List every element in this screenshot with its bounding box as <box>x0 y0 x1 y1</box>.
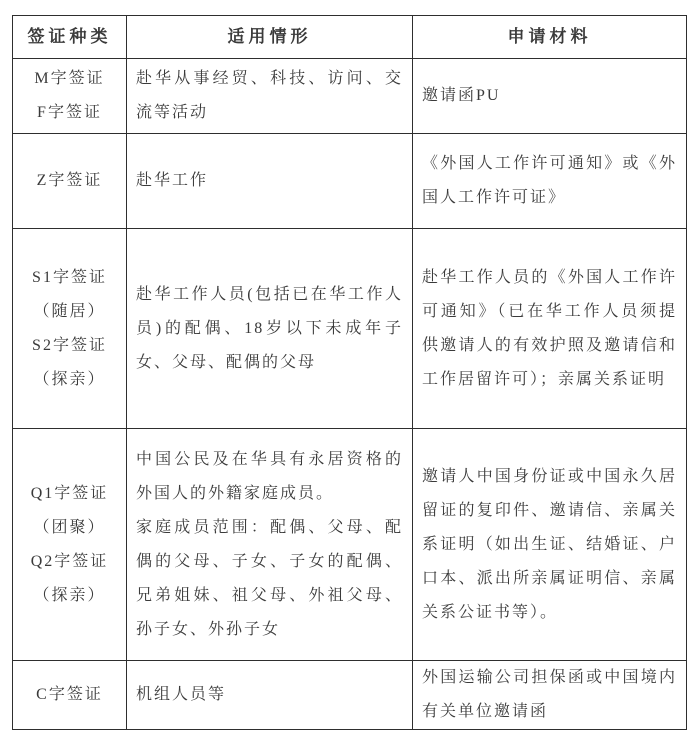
materials-text: 赴华工作人员的《外国人工作许可通知》（已在华工作人员须提供邀请人的有效护照及邀请… <box>422 261 677 397</box>
header-cell-situation: 适用情形 <box>127 16 413 59</box>
situation-text: 家庭成员范围：配偶、父母、配偶的父母、子女、子女的配偶、兄弟姐妹、祖父母、外祖父… <box>136 511 403 647</box>
situation-cell: 赴华工作人员(包括已在华工作人员)的配偶、18岁以下未成年子女、父母、配偶的父母 <box>127 229 413 429</box>
visa-type-cell: M字签证 F字签证 <box>13 59 127 134</box>
materials-text: 外国运输公司担保函或中国境内有关单位邀请函 <box>422 661 677 729</box>
visa-type-line: （团聚） <box>15 511 124 545</box>
visa-type-line: S1字签证 <box>15 261 124 295</box>
visa-type-cell: Z字签证 <box>13 134 127 229</box>
header-cell-visa-type: 签证种类 <box>13 16 127 59</box>
visa-type-cell: C字签证 <box>13 661 127 730</box>
visa-type-line: Q1字签证 <box>15 477 124 511</box>
materials-cell: 赴华工作人员的《外国人工作许可通知》（已在华工作人员须提供邀请人的有效护照及邀请… <box>413 229 687 429</box>
situation-text: 赴华工作人员(包括已在华工作人员)的配偶、18岁以下未成年子女、父母、配偶的父母 <box>136 278 403 380</box>
situation-cell: 赴华从事经贸、科技、访问、交流等活动 <box>127 59 413 134</box>
visa-type-cell: Q1字签证 （团聚） Q2字签证 （探亲） <box>13 429 127 661</box>
visa-type-line: Q2字签证 <box>15 545 124 579</box>
visa-table: 签证种类 适用情形 申请材料 M字签证 F字签证 赴华从事经贸、科技、访问、交流… <box>12 15 687 730</box>
visa-type-line: F字签证 <box>15 96 124 130</box>
situation-text: 机组人员等 <box>136 678 403 712</box>
situation-cell: 赴华工作 <box>127 134 413 229</box>
materials-text: 邀请人中国身份证或中国永久居留证的复印件、邀请信、亲属关系证明（如出生证、结婚证… <box>422 460 677 630</box>
visa-table-container: 签证种类 适用情形 申请材料 M字签证 F字签证 赴华从事经贸、科技、访问、交流… <box>12 15 687 730</box>
table-row-z: Z字签证 赴华工作 《外国人工作许可通知》或《外国人工作许可证》 <box>13 134 687 229</box>
visa-type-line: Z字签证 <box>15 164 124 198</box>
visa-type-line: M字签证 <box>15 62 124 96</box>
table-row-s: S1字签证 （随居） S2字签证 （探亲） 赴华工作人员(包括已在华工作人员)的… <box>13 229 687 429</box>
materials-text: 邀请函PU <box>422 79 677 113</box>
table-header-row: 签证种类 适用情形 申请材料 <box>13 16 687 59</box>
materials-cell: 邀请函PU <box>413 59 687 134</box>
table-row-mf: M字签证 F字签证 赴华从事经贸、科技、访问、交流等活动 邀请函PU <box>13 59 687 134</box>
visa-type-line: （探亲） <box>15 363 124 397</box>
visa-type-line: S2字签证 <box>15 329 124 363</box>
situation-text: 赴华工作 <box>136 164 403 198</box>
header-cell-materials: 申请材料 <box>413 16 687 59</box>
table-row-c: C字签证 机组人员等 外国运输公司担保函或中国境内有关单位邀请函 <box>13 661 687 730</box>
materials-cell: 《外国人工作许可通知》或《外国人工作许可证》 <box>413 134 687 229</box>
situation-text: 中国公民及在华具有永居资格的外国人的外籍家庭成员。 <box>136 443 403 511</box>
visa-type-line: （随居） <box>15 295 124 329</box>
situation-cell: 中国公民及在华具有永居资格的外国人的外籍家庭成员。 家庭成员范围：配偶、父母、配… <box>127 429 413 661</box>
materials-cell: 外国运输公司担保函或中国境内有关单位邀请函 <box>413 661 687 730</box>
materials-text: 《外国人工作许可通知》或《外国人工作许可证》 <box>422 147 677 215</box>
situation-cell: 机组人员等 <box>127 661 413 730</box>
situation-text: 赴华从事经贸、科技、访问、交流等活动 <box>136 62 403 130</box>
visa-type-line: （探亲） <box>15 579 124 613</box>
table-row-q: Q1字签证 （团聚） Q2字签证 （探亲） 中国公民及在华具有永居资格的外国人的… <box>13 429 687 661</box>
visa-type-line: C字签证 <box>15 678 124 712</box>
materials-cell: 邀请人中国身份证或中国永久居留证的复印件、邀请信、亲属关系证明（如出生证、结婚证… <box>413 429 687 661</box>
visa-type-cell: S1字签证 （随居） S2字签证 （探亲） <box>13 229 127 429</box>
